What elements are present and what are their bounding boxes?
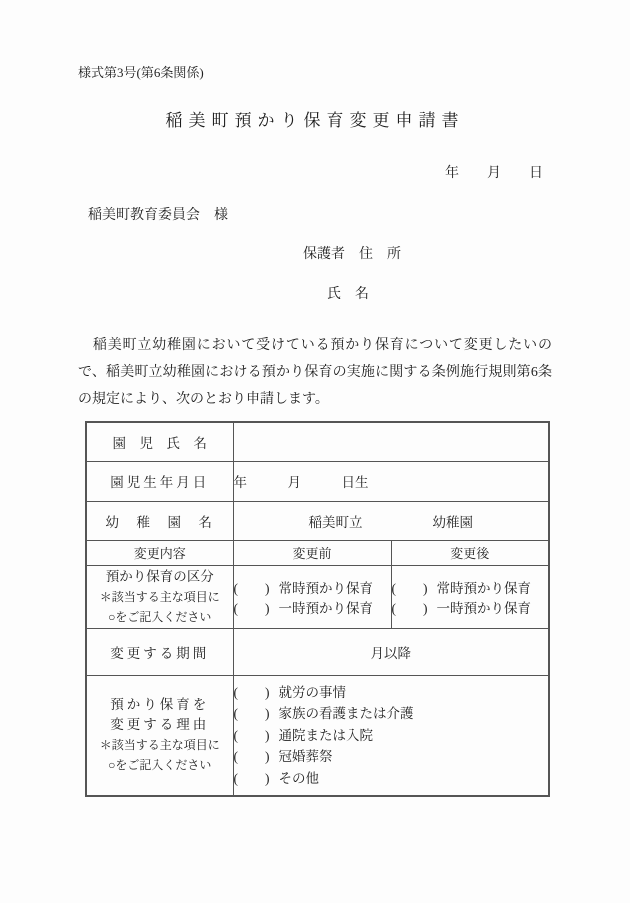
fill-in-paren: ( ) [234, 746, 270, 768]
care-category-label: 預かり保育の区分 [87, 567, 233, 587]
form-number: 様式第3号(第6条関係) [78, 62, 204, 81]
birth-date-label-cell: 園児生年月日 [86, 461, 233, 501]
fill-in-paren: ( ) [234, 597, 270, 617]
care-category-before-cell: ( )常時預かり保育 ( )一時預かり保育 [233, 565, 391, 628]
care-category-note-2: ○をご記入ください [87, 607, 233, 627]
addressee-line: 稲美町教育委員会 様 [88, 204, 228, 224]
application-statement: 稲美町立幼稚園において受けている預かり保育について変更したいので、稲美町立幼稚園… [78, 332, 552, 413]
fill-in-paren: ( ) [234, 725, 270, 747]
kindergarten-row: 幼 稚 園 名 稲美町立幼稚園 [86, 501, 549, 540]
child-name-row: 園 児 氏 名 [86, 422, 549, 461]
guardian-address-label: 保護者 住 所 [303, 243, 401, 263]
kindergarten-prefix: 稲美町立 [309, 515, 363, 530]
fill-in-paren: ( ) [234, 703, 270, 725]
fill-in-paren: ( ) [234, 682, 270, 704]
care-category-after-cell: ( )常時預かり保育 ( )一時預かり保育 [391, 565, 549, 628]
option-regular-care-after: ( )常時預かり保育 [392, 577, 549, 597]
change-period-label-cell: 変更する期間 [86, 628, 233, 675]
change-reason-label-1: 預かり保育を [87, 695, 233, 715]
option-reason-other: ( )その他 [234, 768, 549, 790]
application-table: 園 児 氏 名 園児生年月日 年 月 日生 幼 稚 園 名 稲美町立幼稚園 変更… [85, 421, 550, 797]
change-reason-note-2: ○をご記入ください [87, 755, 233, 775]
option-reason-ceremonial: ( )冠婚葬祭 [234, 746, 549, 768]
kindergarten-suffix: 幼稚園 [433, 515, 474, 530]
kindergarten-value-cell: 稲美町立幼稚園 [233, 501, 549, 540]
birth-date-value-cell: 年 月 日生 [233, 461, 549, 501]
change-reason-options-cell: ( )就労の事情 ( )家族の看護または介護 ( )通院または入院 ( )冠婚葬… [233, 675, 549, 796]
change-after-header-cell: 変更後 [391, 540, 549, 565]
option-reason-family-care: ( )家族の看護または介護 [234, 703, 549, 725]
change-content-header-cell: 変更内容 [86, 540, 233, 565]
change-period-row: 変更する期間 月以降 [86, 628, 549, 675]
change-reason-note-1: ＊該当する主な項目に [87, 735, 233, 755]
fill-in-paren: ( ) [392, 597, 428, 617]
option-regular-care-before: ( )常時預かり保育 [234, 577, 391, 597]
option-reason-work: ( )就労の事情 [234, 682, 549, 704]
fill-in-paren: ( ) [392, 577, 428, 597]
change-reason-label-cell: 預かり保育を 変更する理由 ＊該当する主な項目に ○をご記入ください [86, 675, 233, 796]
change-reason-label-2: 変更する理由 [87, 715, 233, 735]
option-reason-hospital: ( )通院または入院 [234, 725, 549, 747]
change-before-header-cell: 変更前 [233, 540, 391, 565]
form-title: 稲美町預かり保育変更申請書 [0, 106, 630, 131]
care-category-note-1: ＊該当する主な項目に [87, 587, 233, 607]
care-category-label-cell: 預かり保育の区分 ＊該当する主な項目に ○をご記入ください [86, 565, 233, 628]
application-form-page: 様式第3号(第6条関係) 稲美町預かり保育変更申請書 年 月 日 稲美町教育委員… [0, 0, 630, 903]
option-temporary-care-before: ( )一時預かり保育 [234, 597, 391, 617]
change-period-value-cell: 月以降 [233, 628, 549, 675]
kindergarten-label-cell: 幼 稚 園 名 [86, 501, 233, 540]
birth-date-row: 園児生年月日 年 月 日生 [86, 461, 549, 501]
fill-in-paren: ( ) [234, 577, 270, 597]
application-date-line: 年 月 日 [445, 162, 543, 182]
option-temporary-care-after: ( )一時預かり保育 [392, 597, 549, 617]
fill-in-paren: ( ) [234, 768, 270, 790]
care-category-row: 預かり保育の区分 ＊該当する主な項目に ○をご記入ください ( )常時預かり保育… [86, 565, 549, 628]
child-name-label-cell: 園 児 氏 名 [86, 422, 233, 461]
guardian-name-label: 氏 名 [327, 283, 369, 303]
child-name-value-cell [233, 422, 549, 461]
change-reason-row: 預かり保育を 変更する理由 ＊該当する主な項目に ○をご記入ください ( )就労… [86, 675, 549, 796]
change-header-row: 変更内容 変更前 変更後 [86, 540, 549, 565]
